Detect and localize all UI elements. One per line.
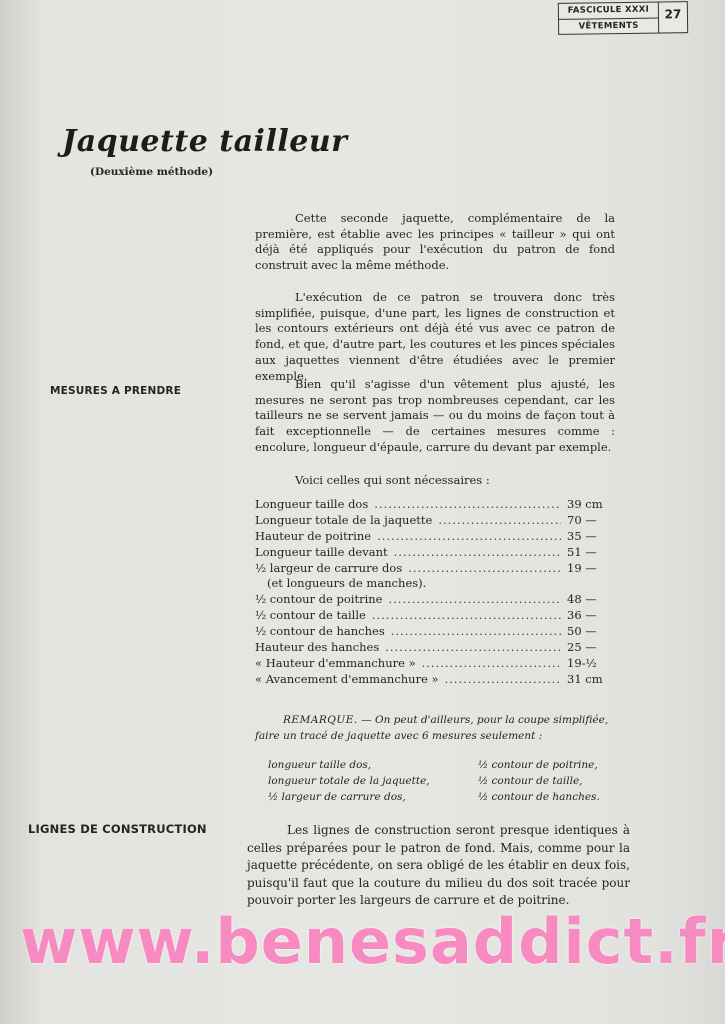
document-page: FASCICULE XXXI VÊTEMENTS 27 Jaquette tai… [0,0,725,1024]
page-title: Jaquette tailleur [62,124,347,159]
six-measure-item: ½ contour de hanches. [478,789,628,805]
remark-lead: REMARQUE. [283,714,358,726]
section-heading-lignes: LIGNES DE CONSTRUCTION [28,822,207,836]
page-number: 27 [659,2,687,32]
section-label: VÊTEMENTS [559,18,658,34]
remark-paragraph: REMARQUE. — On peut d'ailleurs, pour la … [255,712,630,744]
watermark-text: www.benesaddict.fr [20,905,725,978]
measurement-row: ½ contour de taille36 — [255,608,625,624]
measurement-row: « Hauteur d'emmanchure »19-½ [255,656,625,672]
six-measure-item: ½ contour de taille, [478,773,628,789]
mesures-paragraph: Bien qu'il s'agisse d'un vêtement plus a… [255,377,615,456]
measurement-row: Longueur taille devant51 — [255,545,625,561]
fascicule-label: FASCICULE XXXI [559,3,658,20]
measurement-row: ½ contour de hanches50 — [255,624,625,640]
measurement-row: « Avancement d'emmanchure »31 cm [255,672,625,688]
measurement-row: Hauteur des hanches25 — [255,640,625,656]
six-measure-item: ½ largeur de carrure dos, [268,789,478,805]
six-measure-item: longueur taille dos, [268,757,478,773]
measurement-row: Longueur taille dos39 cm [255,497,625,513]
intro-paragraph-2: L'exécution de ce patron se trouvera don… [255,290,615,384]
measurement-row: ½ largeur de carrure dos19 — [255,561,625,577]
measurement-row: Hauteur de poitrine35 — [255,529,625,545]
six-measures-list: longueur taille dos, ½ contour de poitri… [268,757,628,805]
measurement-row: Longueur totale de la jaquette70 — [255,513,625,529]
intro-paragraph-1: Cette seconde jaquette, complémentaire d… [255,211,615,274]
mesures-list-intro: Voici celles qui sont nécessaires : [295,473,595,489]
measurements-list: Longueur taille dos39 cm Longueur totale… [255,497,625,688]
page-subtitle: (Deuxième méthode) [90,166,213,178]
lignes-paragraph: Les lignes de construction seront presqu… [247,822,630,910]
section-heading-mesures: MESURES A PRENDRE [50,385,181,397]
six-measure-item: longueur totale de la jaquette, [268,773,478,789]
folio-box: FASCICULE XXXI VÊTEMENTS 27 [558,1,688,35]
measurement-note: (et longueurs de manches). [255,576,625,592]
six-measure-item: ½ contour de poitrine, [478,757,628,773]
measurement-row: ½ contour de poitrine48 — [255,592,625,608]
